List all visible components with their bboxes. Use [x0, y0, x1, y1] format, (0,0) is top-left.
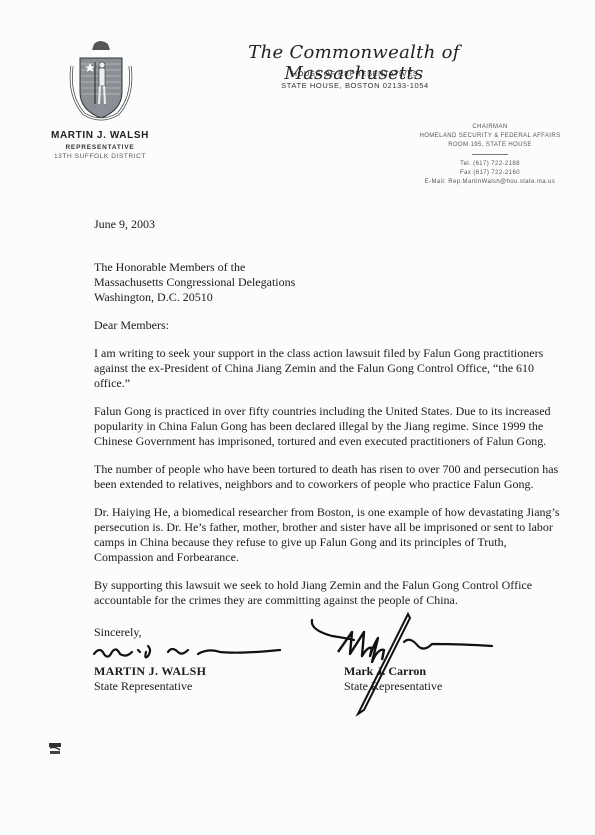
paragraph: The number of people who have been tortu…	[94, 462, 564, 492]
paragraph: Dr. Haiying He, a biomedical researcher …	[94, 505, 564, 565]
letter-date: June 9, 2003	[94, 217, 564, 232]
salutation: Dear Members:	[94, 318, 564, 333]
paragraph: Falun Gong is practiced in over fifty co…	[94, 404, 564, 449]
signature-carron-icon	[308, 612, 498, 720]
massachusetts-seal-icon	[66, 38, 136, 128]
letterhead-address: HOUSE OF REPRESENTATIVES STATE HOUSE, BO…	[200, 68, 510, 92]
house-name: HOUSE OF REPRESENTATIVES	[200, 68, 510, 80]
committee-name: HOMELAND SECURITY & FEDERAL AFFAIRS	[390, 132, 590, 141]
letterhead-sender: MARTIN J. WALSH REPRESENTATIVE 13TH SUFF…	[20, 130, 180, 160]
house-address: STATE HOUSE, BOSTON 02133-1054	[200, 80, 510, 92]
email: E-Mail: Rep.MartinWalsh@hou.state.ma.us	[390, 178, 590, 187]
fax: Fax (617) 722-2160	[390, 169, 590, 178]
chair-position: CHAIRMAN	[390, 123, 590, 132]
office-room: ROOM 195, STATE HOUSE	[390, 141, 590, 150]
telephone: Tel. (617) 722-2188	[390, 160, 590, 169]
recipient-line: Washington, D.C. 20510	[94, 290, 564, 305]
closing: Sincerely,	[94, 625, 142, 640]
sender-district: 13TH SUFFOLK DISTRICT	[20, 153, 180, 160]
paragraph: I am writing to seek your support in the…	[94, 346, 564, 391]
signatory-name: MARTIN J. WALSH	[94, 664, 206, 679]
sender-role: REPRESENTATIVE	[20, 144, 180, 151]
recipient-line: The Honorable Members of the	[94, 260, 564, 275]
signatory-title: State Representative	[94, 679, 192, 694]
letter-body: June 9, 2003 The Honorable Members of th…	[94, 217, 564, 621]
printer-union-bug-icon	[48, 742, 62, 756]
divider	[472, 154, 508, 155]
sender-name: MARTIN J. WALSH	[20, 130, 180, 141]
signature-walsh-icon	[92, 640, 282, 664]
recipient-line: Massachusetts Congressional Delegations	[94, 275, 564, 290]
recipient-address: The Honorable Members of the Massachuset…	[94, 260, 564, 305]
paragraph: By supporting this lawsuit we seek to ho…	[94, 578, 564, 608]
letterhead-contact: CHAIRMAN HOMELAND SECURITY & FEDERAL AFF…	[390, 123, 590, 187]
